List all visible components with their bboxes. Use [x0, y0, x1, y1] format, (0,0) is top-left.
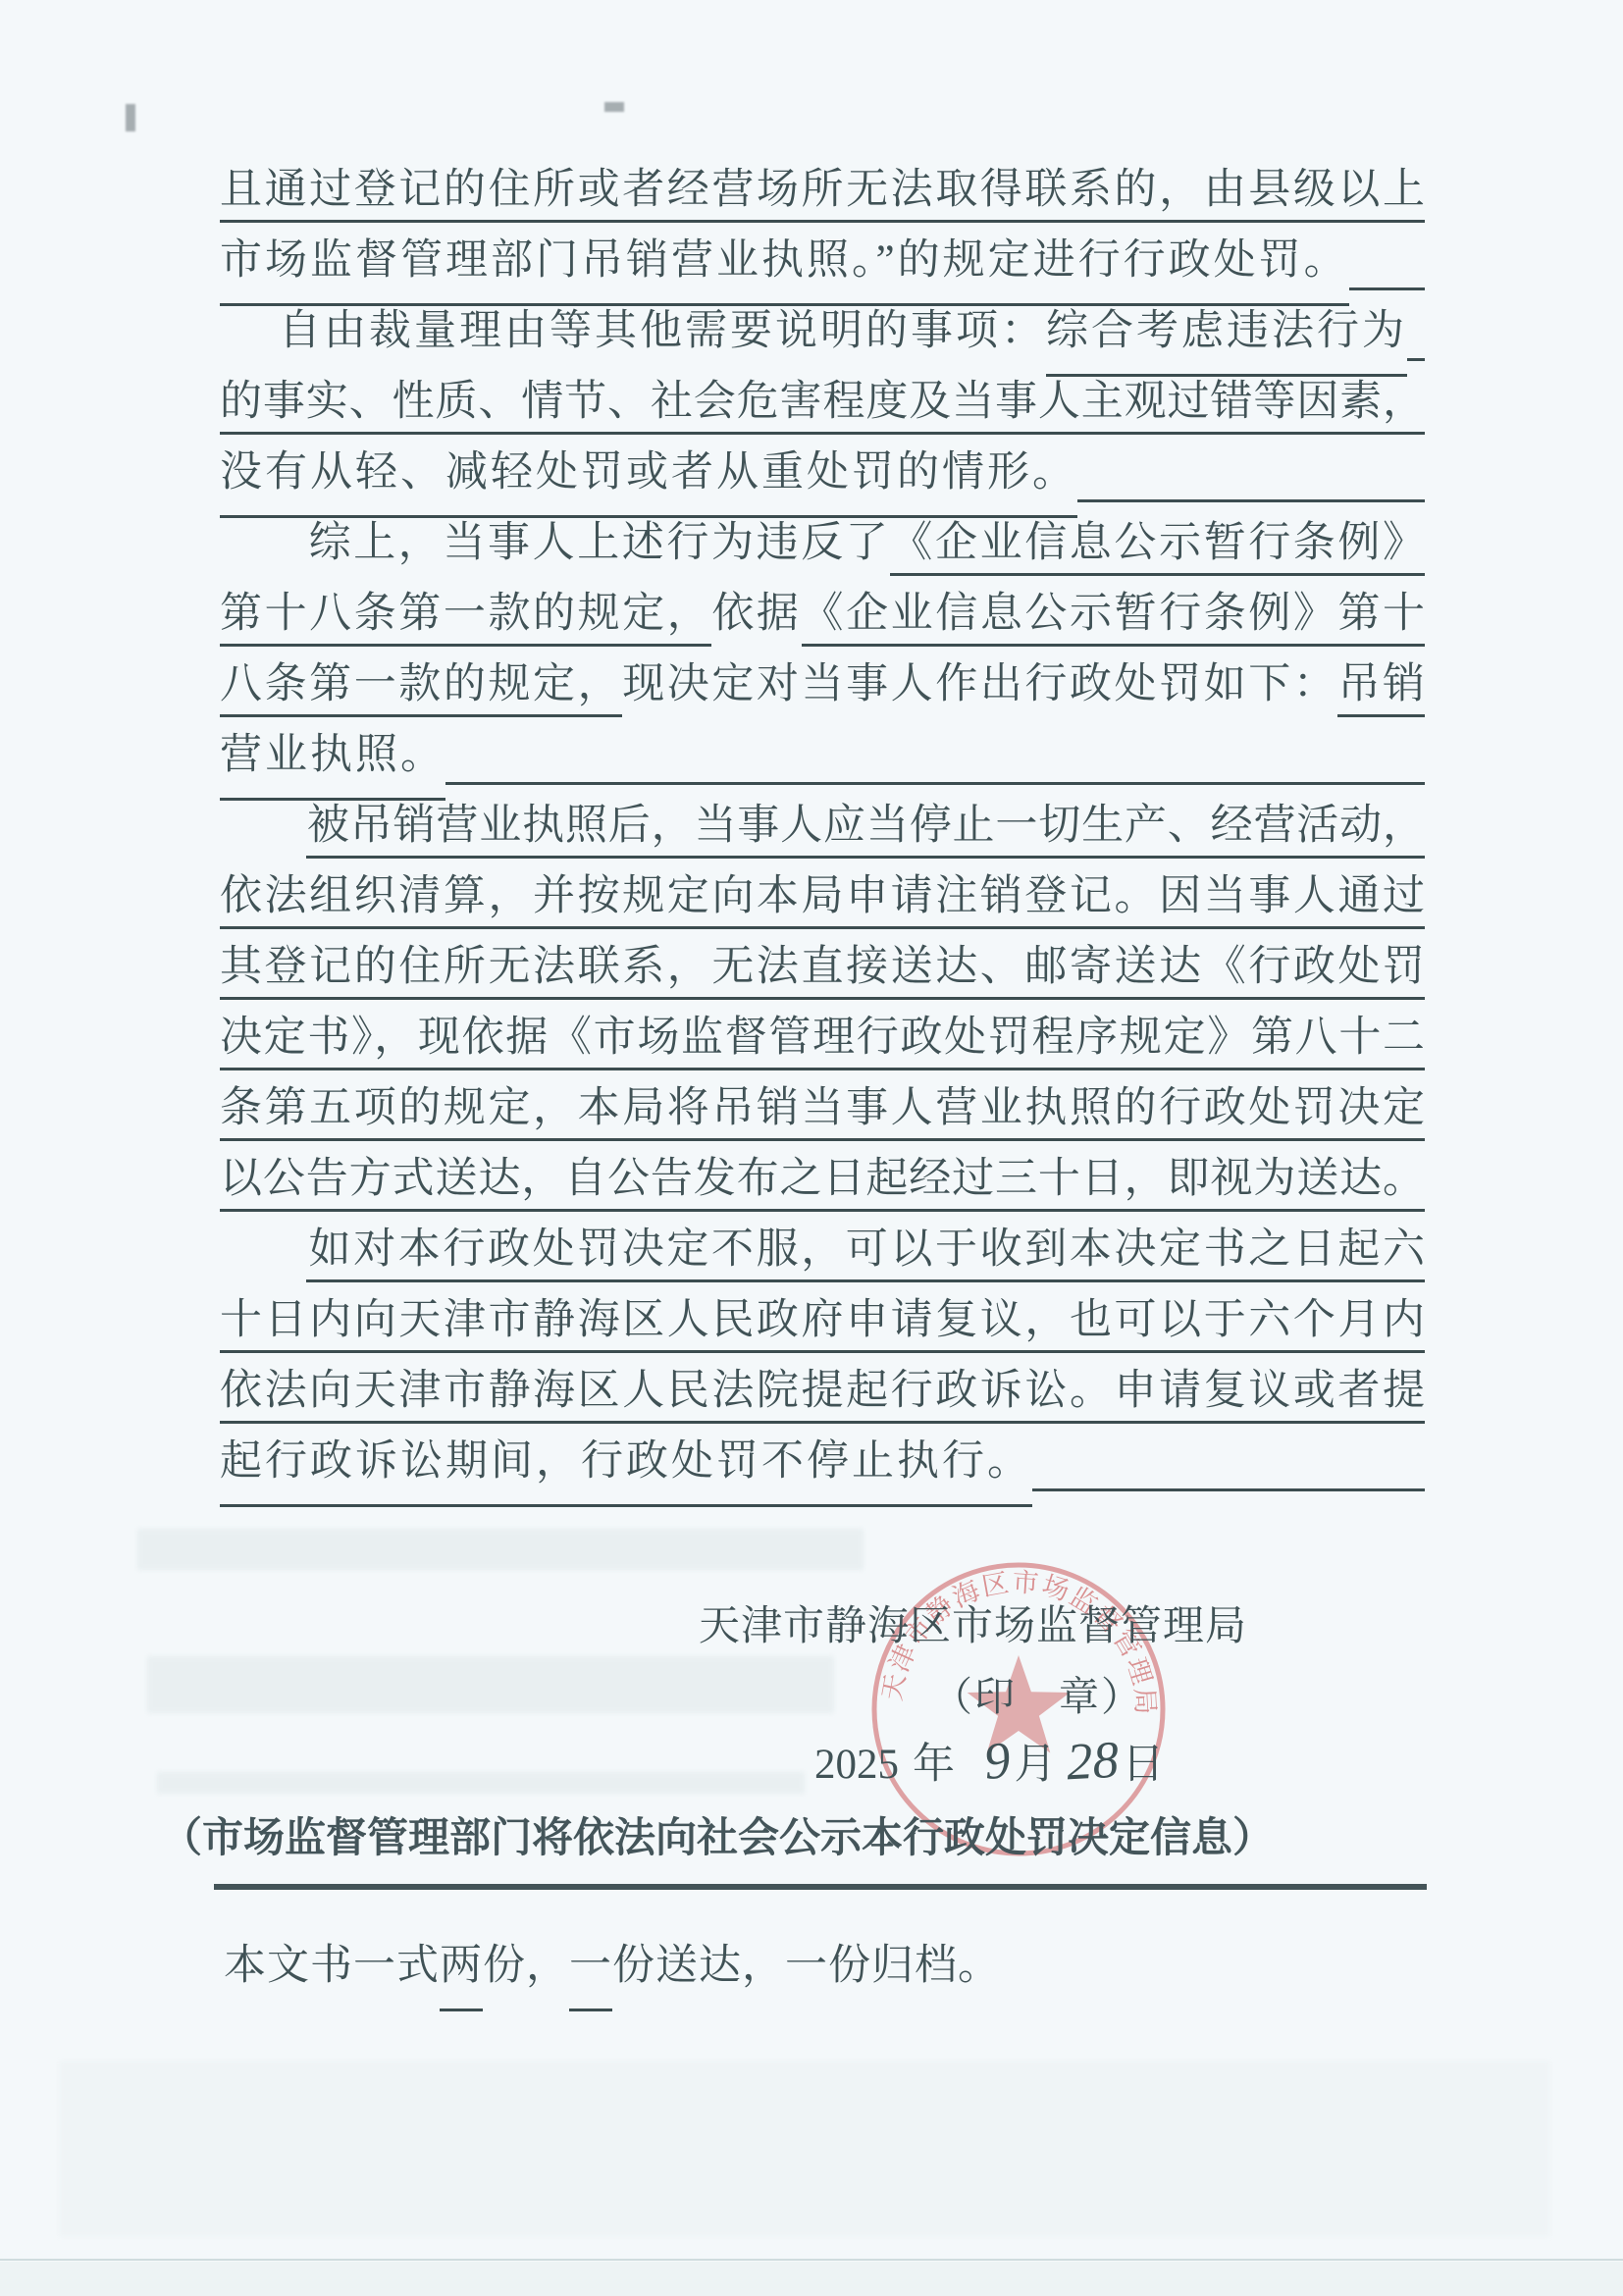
body-text-segment: 依法向天津市静海区人民法院提起行政诉讼。申请复议或者提: [220, 1368, 1425, 1424]
body-line: 起行政诉讼期间，行政处罚不停止执行。: [220, 1427, 1425, 1497]
body-text-segment: 决定书》，现依据《市场监督管理行政处罚程序规定》第八十二: [220, 1015, 1425, 1070]
blank-fill-underline: [1077, 499, 1425, 502]
body-text-segment: 一: [569, 1931, 612, 2011]
seal-placeholder-label: （印 章）: [932, 1664, 1143, 1722]
body-text-segment: 第十八条第一款的规定，: [220, 591, 711, 647]
public-note: （市场监督管理部门将依法向社会公示本行政处罚决定信息）: [161, 1805, 1274, 1864]
body-text-segment: 十日内向天津市静海区人民政府申请复议，也可以于六个月内: [220, 1297, 1425, 1353]
body-text-segment: 本文书一式: [224, 1931, 440, 2002]
body-text-segment: 两: [440, 1931, 483, 2011]
body-text-segment: 没有从轻、减轻处罚或者从重处罚的情形。: [220, 438, 1077, 518]
scan-ghost-artifact: [59, 2061, 1550, 2237]
body-line: 依法组织清算，并按规定向本局申请注销登记。因当事人通过: [220, 861, 1425, 932]
body-text-segment: 营业执照。: [220, 720, 445, 801]
body-text-segment: 的规定进行行政处罚。: [898, 226, 1349, 306]
blank-fill-underline: [1349, 287, 1425, 290]
body-text-segment: 《企业信息公示暂行条例》第十: [802, 591, 1426, 647]
body-line: 综上，当事人上述行为违反了《企业信息公示暂行条例》: [220, 508, 1425, 579]
body-text-segment: 份，: [483, 1931, 569, 2002]
date-year: 2025: [814, 1742, 899, 1788]
body-text-segment: 被吊销营业执照后，当事人应当停止一切生产、经营活动，: [306, 803, 1425, 859]
body-text-segment: 的事实、性质、情节、社会危害程度及当事人主观过错等因素，: [220, 379, 1425, 435]
body-text-segment: 条第五项的规定，本局将吊销当事人营业执照的行政处罚决定: [220, 1085, 1425, 1141]
body-line: 决定书》，现依据《市场监督管理行政处罚程序规定》第八十二: [220, 1003, 1425, 1073]
section-divider: [214, 1884, 1427, 1890]
document-body: 且通过登记的住所或者经营场所无法取得联系的，由县级以上市场监督管理部门吊销营业执…: [220, 155, 1425, 1497]
date-year-unit: 年: [913, 1742, 955, 1788]
body-text-segment: 综合考虑违法行为: [1046, 296, 1407, 377]
signature-org: 天津市静海区市场监督管理局: [699, 1593, 1247, 1652]
scan-speckle: [126, 104, 135, 131]
body-line: 以公告方式送达，自公告发布之日起经过三十日，即视为送达。: [220, 1144, 1425, 1215]
body-line: 条第五项的规定，本局将吊销当事人营业执照的行政处罚决定: [220, 1073, 1425, 1144]
date-month-handwritten: 9: [981, 1731, 1013, 1792]
body-line: 十日内向天津市静海区人民政府申请复议，也可以于六个月内: [220, 1285, 1425, 1356]
blank-fill-underline: [445, 782, 1425, 785]
body-text-segment: 现决定对当事人作出行政处罚如下：: [622, 661, 1337, 707]
body-line: 的事实、性质、情节、社会危害程度及当事人主观过错等因素，: [220, 367, 1425, 438]
body-text-segment: 如对本行政处罚决定不服，可以于收到本决定书之日起六: [306, 1226, 1425, 1282]
body-text-segment: 市场监督管理部门吊销营业执照。”: [220, 226, 898, 306]
date-day-handwritten: 28: [1065, 1731, 1120, 1793]
body-text-segment: 吊销: [1337, 661, 1425, 717]
scan-edge-band: [0, 2262, 1623, 2296]
body-text-segment: 依据: [711, 591, 801, 637]
body-line: 其登记的住所无法联系，无法直接送达、邮寄送达《行政处罚: [220, 932, 1425, 1003]
body-line: 被吊销营业执照后，当事人应当停止一切生产、经营活动，: [220, 791, 1425, 861]
footer-line: 本文书一式两份，一份送达，一份归档。: [224, 1931, 1068, 2002]
body-line: 八条第一款的规定，现决定对当事人作出行政处罚如下：吊销: [220, 650, 1425, 720]
body-text-segment: 八条第一款的规定，: [220, 661, 622, 717]
body-line: 如对本行政处罚决定不服，可以于收到本决定书之日起六: [220, 1215, 1425, 1285]
body-text-segment: 自由裁量理由等其他需要说明的事项：: [279, 296, 1046, 367]
blank-fill-underline: [1407, 358, 1425, 361]
body-text-segment: 起行政诉讼期间，行政处罚不停止执行。: [220, 1427, 1032, 1507]
body-text-segment: 其登记的住所无法联系，无法直接送达、邮寄送达《行政处罚: [220, 944, 1425, 1000]
scan-ghost-artifact: [137, 1529, 864, 1570]
body-line: 第十八条第一款的规定，依据《企业信息公示暂行条例》第十: [220, 579, 1425, 650]
body-line: 自由裁量理由等其他需要说明的事项：综合考虑违法行为: [220, 296, 1425, 367]
body-text-segment: 份送达，一份归档。: [612, 1931, 1001, 2002]
body-text-segment: 综上，当事人上述行为违反了: [306, 520, 890, 566]
scan-edge-line: [0, 2259, 1623, 2261]
body-line: 营业执照。: [220, 720, 1425, 791]
date-line: 2025年9月28日: [814, 1731, 1165, 1791]
date-day-unit: 日: [1123, 1742, 1165, 1788]
scan-speckle: [604, 102, 624, 112]
scan-ghost-artifact: [157, 1772, 805, 1794]
scanned-document-page: 且通过登记的住所或者经营场所无法取得联系的，由县级以上市场监督管理部门吊销营业执…: [0, 0, 1623, 2296]
body-text-segment: 《企业信息公示暂行条例》: [890, 520, 1425, 576]
blank-fill-underline: [1032, 1488, 1425, 1491]
body-text-segment: 且通过登记的住所或者经营场所无法取得联系的，由县级以上: [220, 167, 1425, 223]
body-line: 且通过登记的住所或者经营场所无法取得联系的，由县级以上: [220, 155, 1425, 226]
body-line: 市场监督管理部门吊销营业执照。”的规定进行行政处罚。: [220, 226, 1425, 296]
date-month-unit: 月: [1015, 1742, 1057, 1788]
scan-ghost-artifact: [147, 1656, 834, 1713]
body-line: 依法向天津市静海区人民法院提起行政诉讼。申请复议或者提: [220, 1356, 1425, 1427]
body-text-segment: 依法组织清算，并按规定向本局申请注销登记。因当事人通过: [220, 873, 1425, 929]
body-text-segment: 以公告方式送达，自公告发布之日起经过三十日，即视为送达。: [220, 1156, 1425, 1212]
body-line: 没有从轻、减轻处罚或者从重处罚的情形。: [220, 438, 1425, 508]
